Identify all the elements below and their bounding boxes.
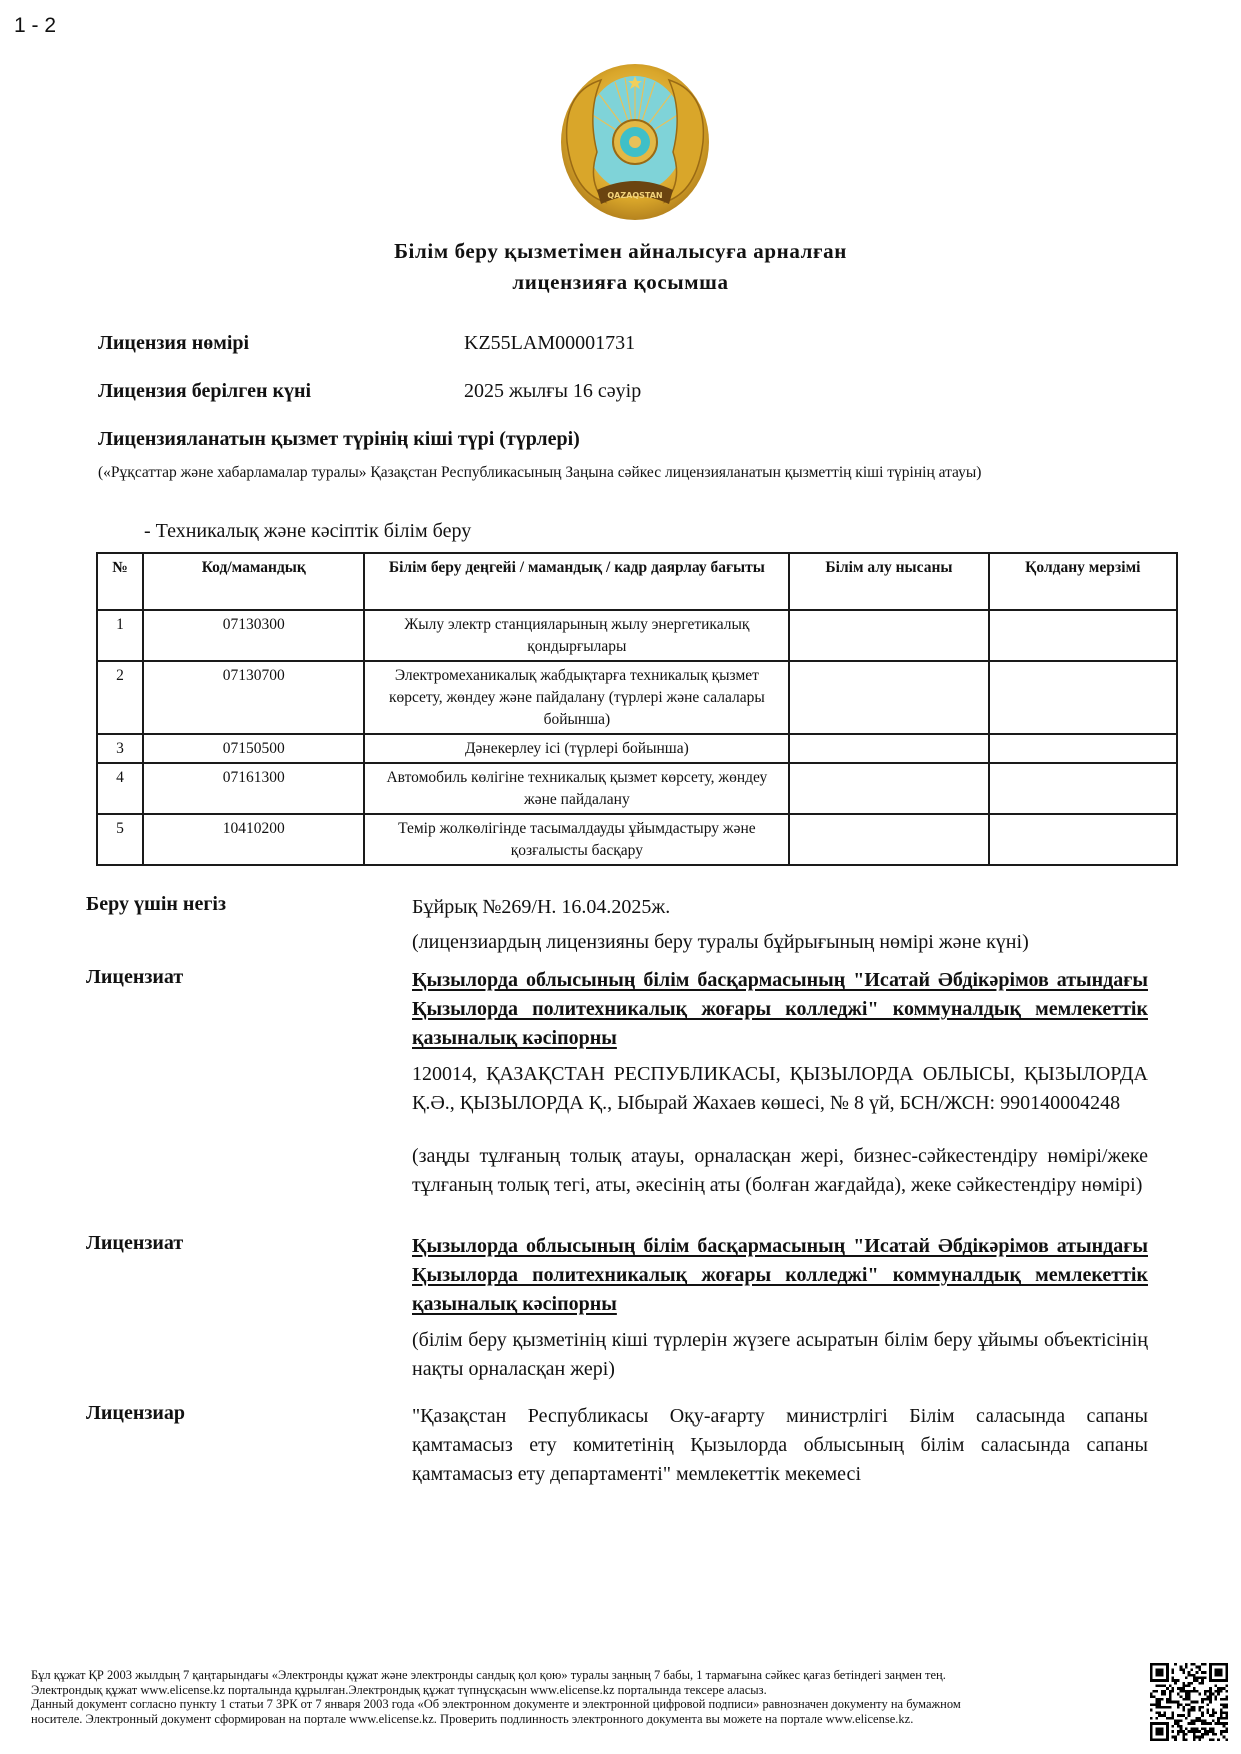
basis-value: Бұйрық №269/Н. 16.04.2025ж.	[412, 893, 1148, 922]
licensee-location-name: Қызылорда облысының білім басқармасының …	[412, 1232, 1148, 1319]
table-row: 107130300Жылу электр станцияларының жылу…	[97, 610, 1177, 661]
cell-form	[789, 734, 988, 763]
svg-text:QAZAQSTAN: QAZAQSTAN	[607, 191, 662, 200]
specialties-table: № Код/мамандық Білім беру деңгейі / мама…	[96, 552, 1178, 866]
licensee-location-label: Лицензиат	[86, 1232, 183, 1255]
subtypes-note: («Рұқсаттар және хабарламалар туралы» Қа…	[98, 462, 1158, 483]
cell-no: 2	[97, 661, 143, 734]
basis-label: Беру үшін негіз	[86, 893, 226, 916]
table-header-row: № Код/мамандық Білім беру деңгейі / мама…	[97, 553, 1177, 610]
licensee-address: 120014, ҚАЗАҚСТАН РЕСПУБЛИКАСЫ, ҚЫЗЫЛОРД…	[412, 1060, 1148, 1118]
license-date-label: Лицензия берілген күні	[98, 380, 311, 403]
cell-term	[989, 814, 1177, 865]
cell-code: 07161300	[143, 763, 364, 814]
licensee-label: Лицензиат	[86, 966, 183, 989]
licensee-name: Қызылорда облысының білім басқармасының …	[412, 966, 1148, 1053]
licensee-note: (заңды тұлғаның толық атауы, орналасқан …	[412, 1142, 1148, 1200]
cell-term	[989, 734, 1177, 763]
footer-line-4: носителе. Электронный документ сформиров…	[31, 1712, 1121, 1727]
cell-no: 3	[97, 734, 143, 763]
cell-name: Дәнекерлеу ісі (түрлері бойынша)	[364, 734, 789, 763]
license-number-value: KZ55LAM00001731	[464, 332, 635, 355]
table-row: 207130700Электромеханикалық жабдықтарға …	[97, 661, 1177, 734]
cell-code: 07130300	[143, 610, 364, 661]
subtype-item: - Техникалық және кәсіптік білім беру	[144, 520, 471, 543]
page-indicator: 1 - 2	[14, 14, 56, 38]
cell-name: Темір жолкөлігінде тасымалдауды ұйымдаст…	[364, 814, 789, 865]
cell-no: 5	[97, 814, 143, 865]
cell-term	[989, 661, 1177, 734]
cell-form	[789, 610, 988, 661]
header-no: №	[97, 553, 143, 610]
subtypes-heading: Лицензияланатын қызмет түрінің кіші түрі…	[98, 428, 580, 451]
qr-code-icon[interactable]	[1150, 1663, 1228, 1741]
cell-term	[989, 763, 1177, 814]
header-form: Білім алу нысаны	[789, 553, 988, 610]
cell-name: Электромеханикалық жабдықтарға техникалы…	[364, 661, 789, 734]
footer-line-3: Данный документ согласно пункту 1 статьи…	[31, 1697, 1121, 1712]
footer-line-1: Бұл құжат ҚР 2003 жылдың 7 қаңтарындағы …	[31, 1668, 1121, 1683]
table-row: 307150500Дәнекерлеу ісі (түрлері бойынша…	[97, 734, 1177, 763]
header-level: Білім беру деңгейі / мамандық / кадр дая…	[364, 553, 789, 610]
table-row: 510410200Темір жолкөлігінде тасымалдауды…	[97, 814, 1177, 865]
header-term: Қолдану мерзімі	[989, 553, 1177, 610]
title-line-1: Білім беру қызметімен айналысуға арналға…	[0, 236, 1241, 267]
cell-term	[989, 610, 1177, 661]
kazakhstan-state-emblem-icon: QAZAQSTAN	[557, 62, 713, 222]
cell-code: 07150500	[143, 734, 364, 763]
cell-form	[789, 661, 988, 734]
cell-name: Автомобиль көлігіне техникалық қызмет кө…	[364, 763, 789, 814]
cell-code: 10410200	[143, 814, 364, 865]
licensor-value: "Қазақстан Республикасы Оқу-ағарту минис…	[412, 1402, 1148, 1489]
header-code: Код/мамандық	[143, 553, 364, 610]
cell-no: 1	[97, 610, 143, 661]
document-title: Білім беру қызметімен айналысуға арналға…	[0, 236, 1241, 298]
cell-form	[789, 763, 988, 814]
licensee-location-note: (білім беру қызметінің кіші түрлерін жүз…	[412, 1326, 1148, 1384]
table-row: 407161300Автомобиль көлігіне техникалық …	[97, 763, 1177, 814]
license-number-label: Лицензия нөмірі	[98, 332, 249, 355]
cell-no: 4	[97, 763, 143, 814]
legal-footer: Бұл құжат ҚР 2003 жылдың 7 қаңтарындағы …	[31, 1668, 1121, 1726]
cell-name: Жылу электр станцияларының жылу энергети…	[364, 610, 789, 661]
cell-code: 07130700	[143, 661, 364, 734]
license-date-value: 2025 жылғы 16 сәуір	[464, 380, 641, 403]
title-line-2: лицензияға қосымша	[0, 267, 1241, 298]
licensor-label: Лицензиар	[86, 1402, 185, 1425]
footer-line-2: Электрондық құжат www.elicense.kz портал…	[31, 1683, 1121, 1698]
cell-form	[789, 814, 988, 865]
basis-note: (лицензиардың лицензияны беру туралы бұй…	[412, 928, 1148, 957]
